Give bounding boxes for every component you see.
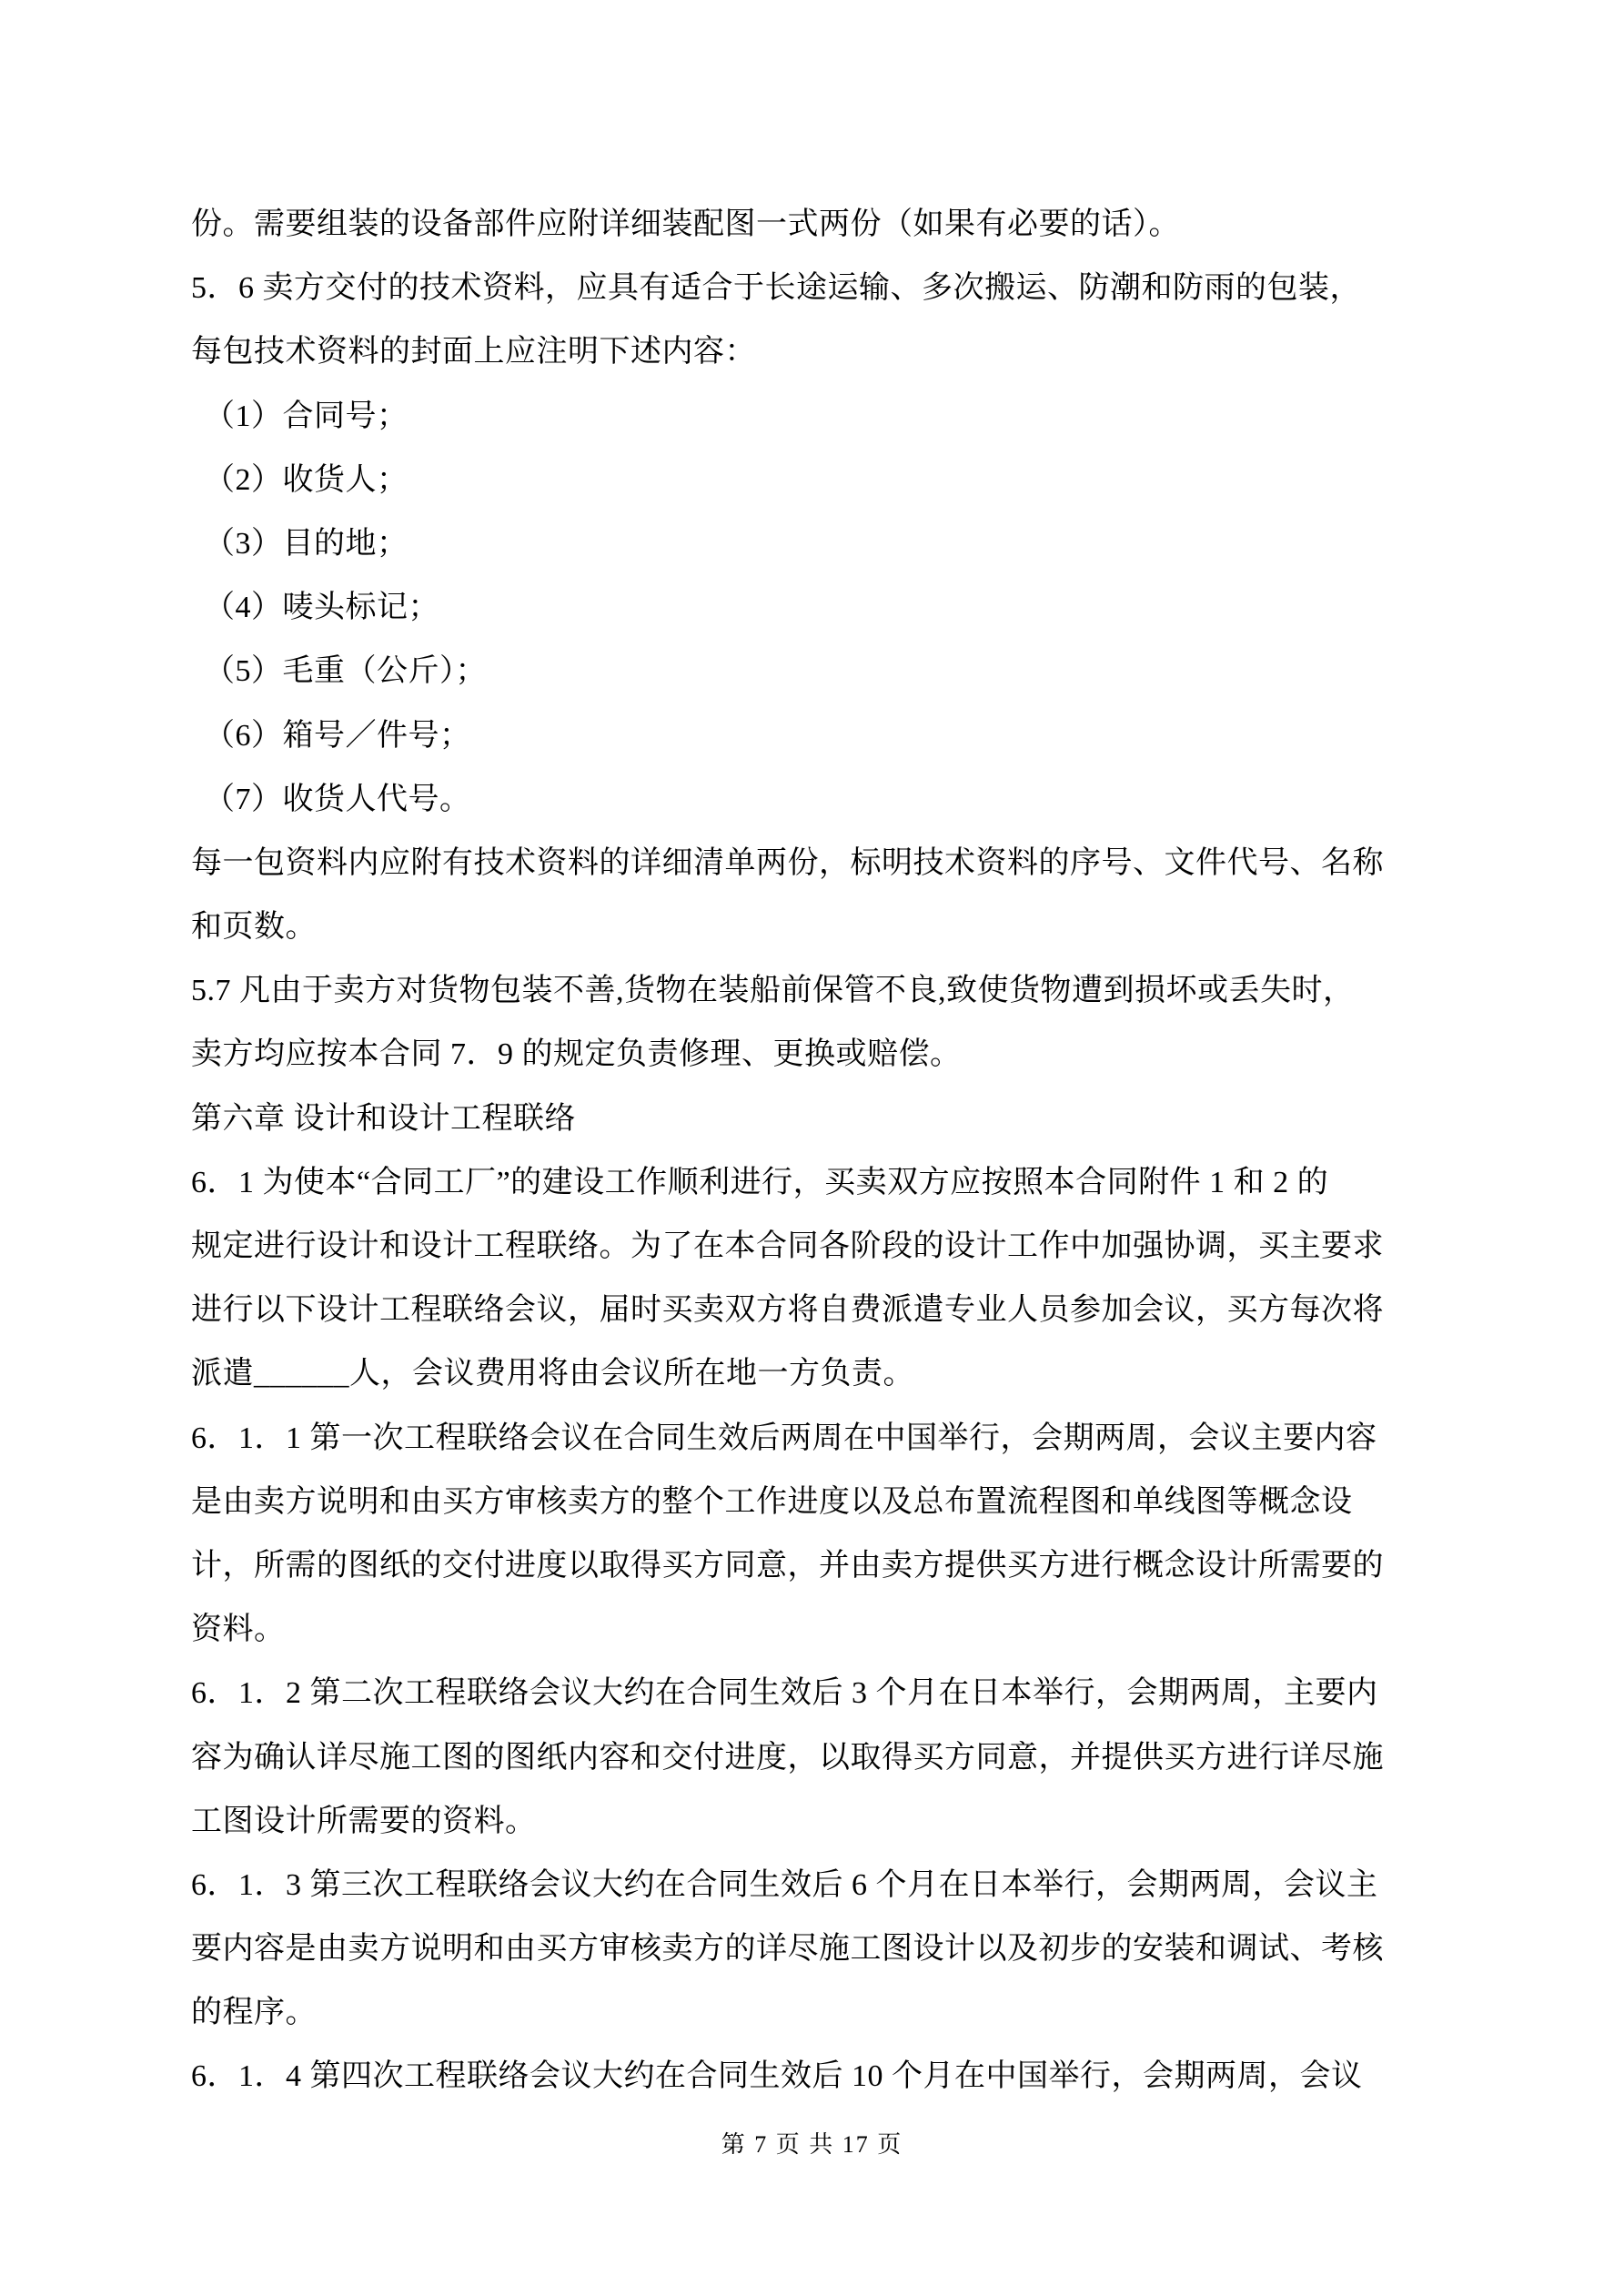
para-packing-continuation: 份。需要组装的设备部件应附详细装配图一式两份（如果有必要的话）。 [191, 193, 1465, 257]
clause-5-6-line-1: 5．6 卖方交付的技术资料，应具有适合于长途运输、多次搬运、防潮和防雨的包装， [191, 257, 1465, 320]
document-body: 份。需要组装的设备部件应附详细装配图一式两份（如果有必要的话）。5．6 卖方交付… [191, 193, 1465, 2109]
list-item-1: （1）合同号； [204, 385, 1465, 449]
clause-6-1-3-line-2: 要内容是由卖方说明和由买方审核卖方的详尽施工图设计以及初步的安装和调试、考核 [191, 1917, 1465, 1981]
clause-5-6-line-2: 每包技术资料的封面上应注明下述内容： [191, 320, 1465, 384]
clause-6-1-line-4-blank: 派遣______人，会议费用将由会议所在地一方负责。 [191, 1342, 1465, 1406]
clause-6-1-1-line-2: 是由卖方说明和由买方审核卖方的整个工作进度以及总布置流程图和单线图等概念设 [191, 1471, 1465, 1534]
list-item-4: （4）唛头标记； [204, 576, 1465, 640]
list-item-2: （2）收货人； [204, 449, 1465, 512]
page-footer: 第 7 页 共 17 页 [0, 2126, 1624, 2159]
list-item-7: （7）收货人代号。 [204, 768, 1465, 832]
clause-6-1-line-3: 进行以下设计工程联络会议，届时买卖双方将自费派遣专业人员参加会议，买方每次将 [191, 1279, 1465, 1342]
clause-6-1-2-line-1: 6．1．2 第二次工程联络会议大约在合同生效后 3 个月在日本举行，会期两周，主… [191, 1662, 1465, 1725]
document-page: 份。需要组装的设备部件应附详细装配图一式两份（如果有必要的话）。5．6 卖方交付… [0, 0, 1624, 2296]
list-item-6: （6）箱号／件号； [204, 704, 1465, 768]
list-item-5: （5）毛重（公斤）； [204, 640, 1465, 703]
list-item-3: （3）目的地； [204, 512, 1465, 576]
clause-5-7-line-2: 卖方均应按本合同 7．9 的规定负责修理、更换或赔偿。 [191, 1023, 1465, 1087]
clause-6-1-1-line-4: 资料。 [191, 1598, 1465, 1662]
para-packing-list-line-2: 和页数。 [191, 895, 1465, 959]
clause-6-1-2-line-3: 工图设计所需要的资料。 [191, 1790, 1465, 1854]
clause-6-1-4-line-1: 6．1．4 第四次工程联络会议大约在合同生效后 10 个月在中国举行，会期两周，… [191, 2045, 1465, 2109]
chapter-6-heading: 第六章 设计和设计工程联络 [191, 1087, 1465, 1151]
clause-6-1-3-line-1: 6．1．3 第三次工程联络会议大约在合同生效后 6 个月在日本举行，会期两周，会… [191, 1854, 1465, 1917]
page-number-label: 第 7 页 共 17 页 [721, 2131, 903, 2158]
clause-6-1-1-line-3: 计，所需的图纸的交付进度以取得买方同意，并由卖方提供买方进行概念设计所需要的 [191, 1534, 1465, 1598]
clause-6-1-3-line-3: 的程序。 [191, 1981, 1465, 2045]
clause-6-1-1-line-1: 6．1．1 第一次工程联络会议在合同生效后两周在中国举行，会期两周，会议主要内容 [191, 1407, 1465, 1471]
clause-5-7-line-1: 5.7 凡由于卖方对货物包装不善,货物在装船前保管不良,致使货物遭到损坏或丢失时… [191, 959, 1465, 1023]
clause-6-1-line-2: 规定进行设计和设计工程联络。为了在本合同各阶段的设计工作中加强协调，买主要求 [191, 1215, 1465, 1279]
clause-6-1-line-1: 6．1 为使本“合同工厂”的建设工作顺利进行，买卖双方应按照本合同附件 1 和 … [191, 1151, 1465, 1215]
para-packing-list-line-1: 每一包资料内应附有技术资料的详细清单两份，标明技术资料的序号、文件代号、名称 [191, 832, 1465, 895]
clause-6-1-2-line-2: 容为确认详尽施工图的图纸内容和交付进度，以取得买方同意，并提供买方进行详尽施 [191, 1726, 1465, 1790]
